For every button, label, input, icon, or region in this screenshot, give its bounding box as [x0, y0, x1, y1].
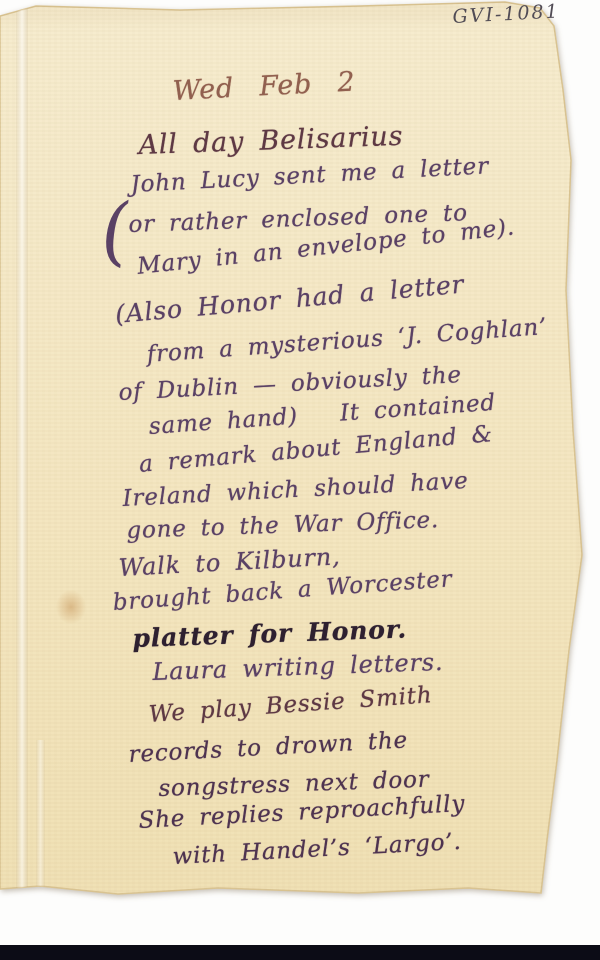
parenthesis-bracket: (: [98, 194, 132, 270]
scan-background: { "page": { "archive_code": "GVI-1081", …: [0, 0, 600, 960]
scan-bottom-bar: [0, 945, 600, 960]
